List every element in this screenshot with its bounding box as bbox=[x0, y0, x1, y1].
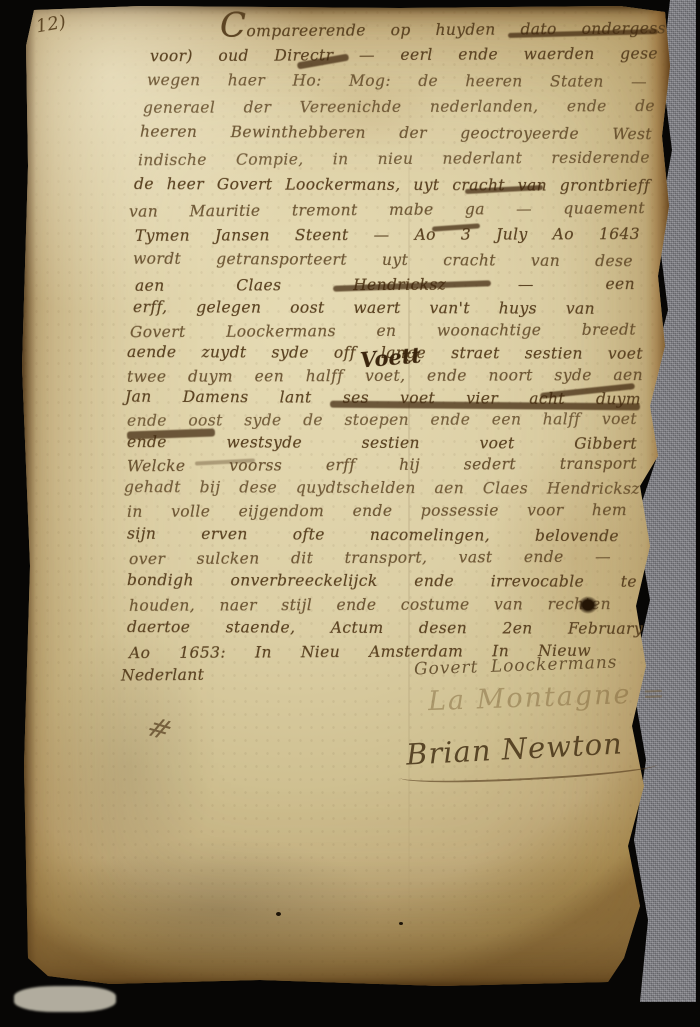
ink-fleck bbox=[399, 922, 403, 925]
manuscript-line: wordt getransporteert uyt cracht van des… bbox=[133, 250, 633, 271]
manuscript-line: voor) oud Directr — eerl ende waerden ge… bbox=[150, 45, 658, 66]
manuscript-line: ende oost syde de stoepen ende een halff… bbox=[127, 410, 637, 430]
ink-blot bbox=[578, 596, 598, 614]
manuscript-line: sijn erven ofte nacomelingen, belovende bbox=[127, 525, 619, 546]
manuscript-line: daertoe staende, Actum desen 2en Februar… bbox=[127, 618, 643, 638]
manuscript-line: generael der Vereenichde nederlanden, en… bbox=[143, 97, 655, 117]
manuscript-line: bondigh onverbreeckelijck ende irrevocab… bbox=[127, 571, 637, 591]
bottom-shading bbox=[20, 856, 672, 986]
struck-large-word: Voett bbox=[359, 342, 422, 372]
manuscript-line: Tymen Jansen Steent — Ao 3 July Ao 1643 bbox=[135, 225, 640, 245]
manuscript-line: van Mauritie tremont mabe ga — quaement bbox=[129, 199, 645, 221]
manuscript-line: heeren Bewinthebberen der geoctroyeerde … bbox=[140, 123, 652, 144]
ink-fleck bbox=[276, 912, 281, 916]
burnt-edge-left bbox=[20, 6, 36, 986]
manuscript-line: houden, naer stijl ende costume van rech… bbox=[129, 595, 611, 615]
manuscript-line: erff, gelegen oost waert van't huys van bbox=[133, 298, 595, 318]
manuscript-line: in volle eijgendom ende possessie voor h… bbox=[127, 501, 627, 521]
manuscript-line: gehadt bij dese quydtschelden aen Claes … bbox=[124, 478, 640, 498]
manuscript-line: Nederlant bbox=[121, 665, 261, 684]
manuscript-line: wegen haer Ho: Mog: de heeren Staten — bbox=[147, 71, 647, 91]
manuscript-line: indische Compie, in nieu nederlant resid… bbox=[138, 149, 650, 170]
manuscript-line: de heer Govert Loockermans, uyt cracht v… bbox=[134, 175, 650, 195]
manuscript-line: Compareerende op huyden dato ondergess bbox=[220, 16, 666, 40]
manuscript-line: Govert Loockermans en woonachtige breedt bbox=[130, 321, 636, 342]
manuscript-line: over sulcken dit transport, vast ende — bbox=[129, 548, 611, 569]
damage-patch bbox=[14, 986, 116, 1012]
